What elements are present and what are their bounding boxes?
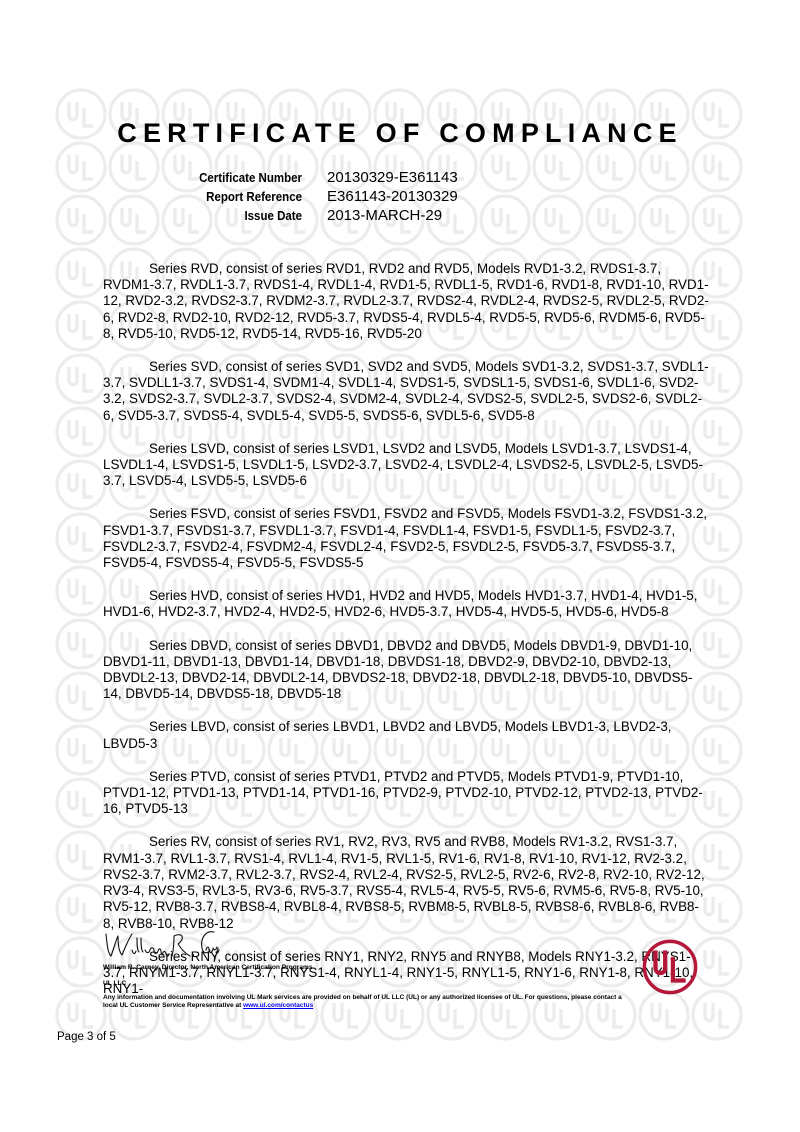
meta-row-issue-date: Issue Date 2013-MARCH-29 xyxy=(0,207,800,226)
paragraph-series-hvd: Series HVD, consist of series HVD1, HVD2… xyxy=(103,588,709,620)
paragraph-series-fsvd: Series FSVD, consist of series FSVD1, FS… xyxy=(103,506,709,571)
disclaimer-body: Any information and documentation involv… xyxy=(103,994,622,1009)
paragraph-series-dbvd: Series DBVD, consist of series DBVD1, DB… xyxy=(103,638,709,703)
meta-row-certificate-number: Certificate Number 20130329-E361143 xyxy=(0,169,800,188)
certificate-page: CERTIFICATE OF COMPLIANCE Certificate Nu… xyxy=(0,0,800,1132)
ul-mark-logo-icon xyxy=(641,938,699,996)
meta-value: 2013-MARCH-29 xyxy=(327,207,442,224)
page-number: Page 3 of 5 xyxy=(57,1031,116,1043)
paragraph-series-rv: Series RV, consist of series RV1, RV2, R… xyxy=(103,834,709,931)
paragraph-series-lbvd: Series LBVD, consist of series LBVD1, LB… xyxy=(103,719,709,751)
paragraph-series-rvd: Series RVD, consist of series RVD1, RVD2… xyxy=(103,261,709,342)
paragraph-series-svd: Series SVD, consist of series SVD1, SVD2… xyxy=(103,359,709,424)
meta-label: Issue Date xyxy=(24,209,302,223)
meta-value: E361143-20130329 xyxy=(327,188,458,205)
disclaimer-text: Any information and documentation involv… xyxy=(103,994,623,1010)
signature-image xyxy=(102,928,222,962)
signatory-name: William R. Carney, Director, North Ameri… xyxy=(103,964,313,971)
paragraph-series-lsvd: Series LSVD, consist of series LSVD1, LS… xyxy=(103,441,709,490)
series-listing: Series RVD, consist of series RVD1, RVD2… xyxy=(103,261,709,1014)
signatory-organization: UL LLC xyxy=(103,980,126,987)
meta-label: Report Reference xyxy=(24,190,302,204)
certificate-title: CERTIFICATE OF COMPLIANCE xyxy=(0,118,800,149)
meta-value: 20130329-E361143 xyxy=(327,169,458,186)
certificate-meta: Certificate Number 20130329-E361143 Repo… xyxy=(0,169,800,226)
paragraph-series-ptvd: Series PTVD, consist of series PTVD1, PT… xyxy=(103,769,709,818)
meta-row-report-reference: Report Reference E361143-20130329 xyxy=(0,188,800,207)
contact-us-link[interactable]: www.ul.com/contactus xyxy=(243,1002,313,1009)
meta-label: Certificate Number xyxy=(24,171,302,185)
